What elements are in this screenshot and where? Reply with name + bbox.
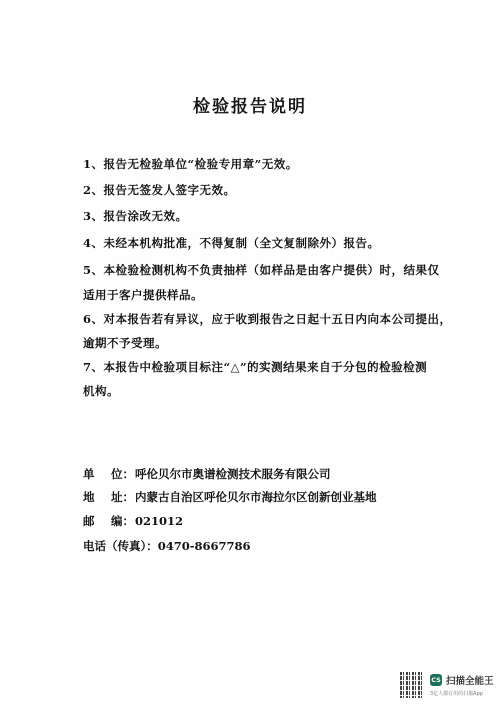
document-page: 检验报告说明 1、报告无检验单位“检验专用章”无效。 2、报告无签发人签字无效。… xyxy=(0,0,500,707)
footer-unit: 单位：呼伦贝尔市奥谱检测技术服务有限公司 xyxy=(83,467,331,481)
note-item-4: 4、未经本机构批准，不得复制（全文复制除外）报告。 xyxy=(83,236,380,250)
note-item-5: 5、本检验检测机构不负责抽样（如样品是由客户提供）时，结果仅 xyxy=(83,263,440,277)
footer-postcode: 邮编：021012 xyxy=(83,514,183,528)
note-item-5-cont: 适用于客户提供样品。 xyxy=(83,288,203,302)
postcode-value: 021012 xyxy=(135,514,183,528)
note-item-6: 6、对本报告若有异议，应于收到报告之日起十五日内向本公司提出， xyxy=(83,312,452,326)
note-item-6-cont: 逾期不予受理。 xyxy=(83,336,167,350)
note-item-3: 3、报告涂改无效。 xyxy=(83,209,188,223)
watermark-app-name: 扫描全能王 xyxy=(446,673,494,687)
unit-label-2: 位： xyxy=(111,467,134,481)
note-item-2: 2、报告无签发人签字无效。 xyxy=(83,183,236,197)
address-label-2: 址： xyxy=(111,490,134,504)
unit-label-1: 单 xyxy=(83,467,111,481)
watermark-tagline: 3亿人都在用的扫描App xyxy=(430,690,483,697)
qr-code-icon xyxy=(400,672,424,698)
address-value: 内蒙古自治区呼伦贝尔市海拉尔区创新创业基地 xyxy=(135,490,377,504)
note-item-7: 7、本报告中检验项目标注“△”的实测结果来自于分包的检验检测 xyxy=(83,360,427,374)
note-item-7-cont: 机构。 xyxy=(83,384,119,398)
phone-value: 0470-8667786 xyxy=(158,539,251,553)
address-label-1: 地 xyxy=(83,490,111,504)
phone-label: 电话（传真）： xyxy=(83,539,158,553)
footer-phone: 电话（传真）：0470-8667786 xyxy=(83,539,251,553)
postcode-label-2: 编： xyxy=(111,514,134,528)
page-title: 检验报告说明 xyxy=(0,92,500,117)
camscanner-logo-icon: CS xyxy=(430,674,442,686)
note-item-1: 1、报告无检验单位“检验专用章”无效。 xyxy=(83,157,298,171)
unit-value: 呼伦贝尔市奥谱检测技术服务有限公司 xyxy=(135,467,331,481)
camscanner-watermark: CS 扫描全能王 3亿人都在用的扫描App xyxy=(400,672,496,702)
footer-address: 地址：内蒙古自治区呼伦贝尔市海拉尔区创新创业基地 xyxy=(83,490,377,504)
postcode-label-1: 邮 xyxy=(83,514,111,528)
